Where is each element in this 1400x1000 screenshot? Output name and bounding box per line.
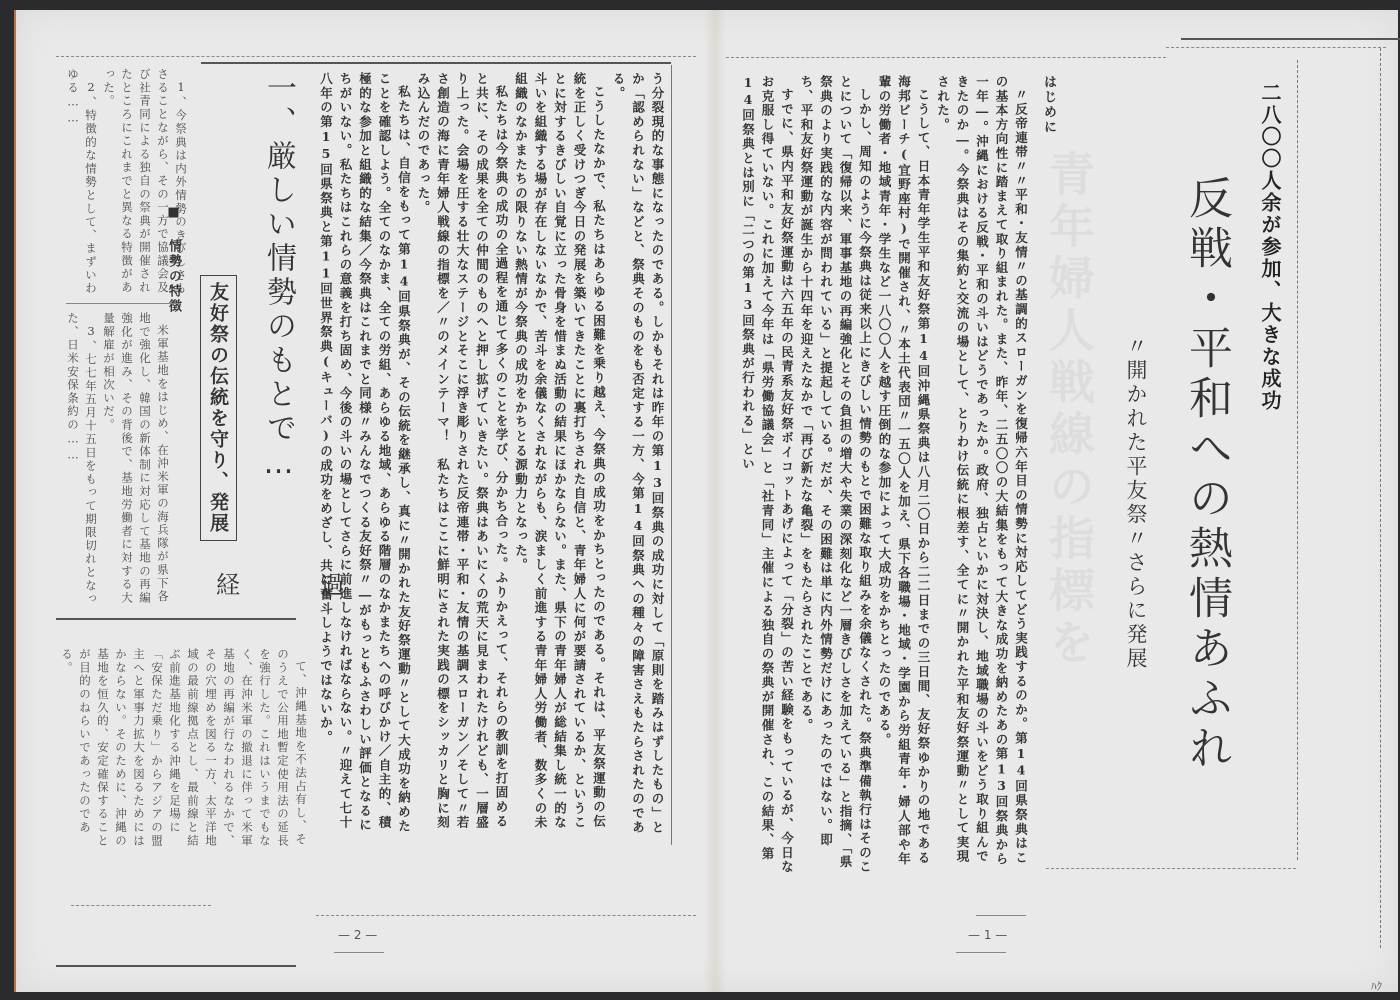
page1-body: はじめに 〃反帝連帯〃〃平和・友情〃の基調的スローガンを復帰六年目の情勢に対応し…	[738, 75, 1058, 875]
paragraph: う分裂現的な事態になったのである。しかもそれは昨年の第13回祭典の成功に対して「…	[609, 72, 668, 842]
top-rule	[726, 57, 1166, 58]
page-number: — 2 —	[338, 928, 377, 942]
section-headline: 一、厳しい情勢のもとで…	[256, 72, 300, 485]
paragraph: て、沖縄基地を不法占有し、そのうえで公用地暫定使用法の延長を強行した。これはいう…	[58, 648, 310, 853]
paragraph: 3、七七年五月十五日をもって期限切れとなった、日米安保条約の……	[64, 312, 100, 612]
bottom-rule	[316, 915, 696, 916]
column-divider	[71, 905, 211, 906]
left-column-mid: 米軍基地をはじめ、在沖米軍の海兵隊が県下各地で強化し、韓国の新体制に対応して基地…	[64, 312, 172, 612]
paragraph: 2、特徴的な情勢として、まずいわゆる……	[64, 68, 100, 298]
paragraph: こうして、日本青年学生平和友好祭第14回沖縄県祭典は八月二〇日から二二日までの三…	[875, 75, 934, 875]
paragraph: 私たちは、自信をもって第14回県祭典が、その伝統を継承し、真に〃開かれた友好祭運…	[316, 72, 414, 842]
corner-mark: ﾊｸ	[1371, 978, 1382, 994]
bottom-rule	[56, 965, 296, 967]
column-divider	[56, 618, 296, 620]
page-number: — 1 —	[968, 928, 1007, 942]
title-box-border	[1297, 60, 1298, 860]
top-rule	[56, 56, 696, 57]
paragraph: 〃反帝連帯〃〃平和・友情〃の基調的スローガンを復帰六年目の情勢に対応してどう実践…	[933, 75, 1031, 875]
page-number-rule	[334, 952, 384, 953]
intro-heading: はじめに	[1039, 75, 1059, 875]
document-sheet: 青年婦人戦線の指標を 二八〇〇人余が参加、大きな成功 反戦・平和への熱情あふれ …	[14, 10, 1398, 992]
page-number-rule	[976, 915, 1026, 916]
top-rule	[1181, 38, 1400, 40]
page-number-rule	[956, 952, 1006, 953]
center-fold	[704, 10, 726, 992]
left-subhead: ■ 情勢の特徴	[164, 205, 183, 314]
boxed-subhead: 友好祭の伝統を守り、発展	[200, 275, 237, 541]
column-border	[671, 65, 672, 845]
top-rule	[201, 62, 671, 64]
top-rule	[1166, 47, 1386, 48]
main-title: 反戦・平和への熱情あふれ	[1174, 175, 1238, 775]
section-number: 一、	[261, 72, 296, 140]
page2-body: う分裂現的な事態になったのである。しかもそれは昨年の第13回祭典の成功に対して「…	[316, 72, 667, 842]
left-column-bottom: て、沖縄基地を不法占有し、そのうえで公用地暫定使用法の延長を強行した。これはいう…	[58, 648, 310, 853]
paragraph: 米軍基地をはじめ、在沖米軍の海兵隊が県下各地で強化し、韓国の新体制に対応して基地…	[100, 312, 172, 612]
subtitle: 〃開かれた平友祭〃さらに発展	[1121, 335, 1151, 671]
paragraph: 私たちは今祭典の成功の全過程を通じて多くのことを学び、分かち合った。ふりかえって…	[414, 72, 512, 842]
headline-text: 厳しい情勢のもとで…	[261, 140, 296, 485]
column-divider	[66, 303, 181, 304]
page-border	[1380, 48, 1381, 948]
kicker-headline: 二八〇〇人余が参加、大きな成功	[1256, 82, 1285, 412]
paragraph: すでに、県内平和友好祭運動は六五年の民青系友好祭ボイコットあげによって「分裂」の…	[738, 75, 797, 875]
title-box-bottom	[1046, 868, 1296, 869]
paragraph: こうしたなかで、私たちはあらゆる困難を乗り越え、今祭典の成功をかちとったのである…	[511, 72, 609, 842]
paragraph: しかし、周知のように今祭典は従来以上にきびしい情勢のもとで困難な取り組みを余儀な…	[797, 75, 875, 875]
